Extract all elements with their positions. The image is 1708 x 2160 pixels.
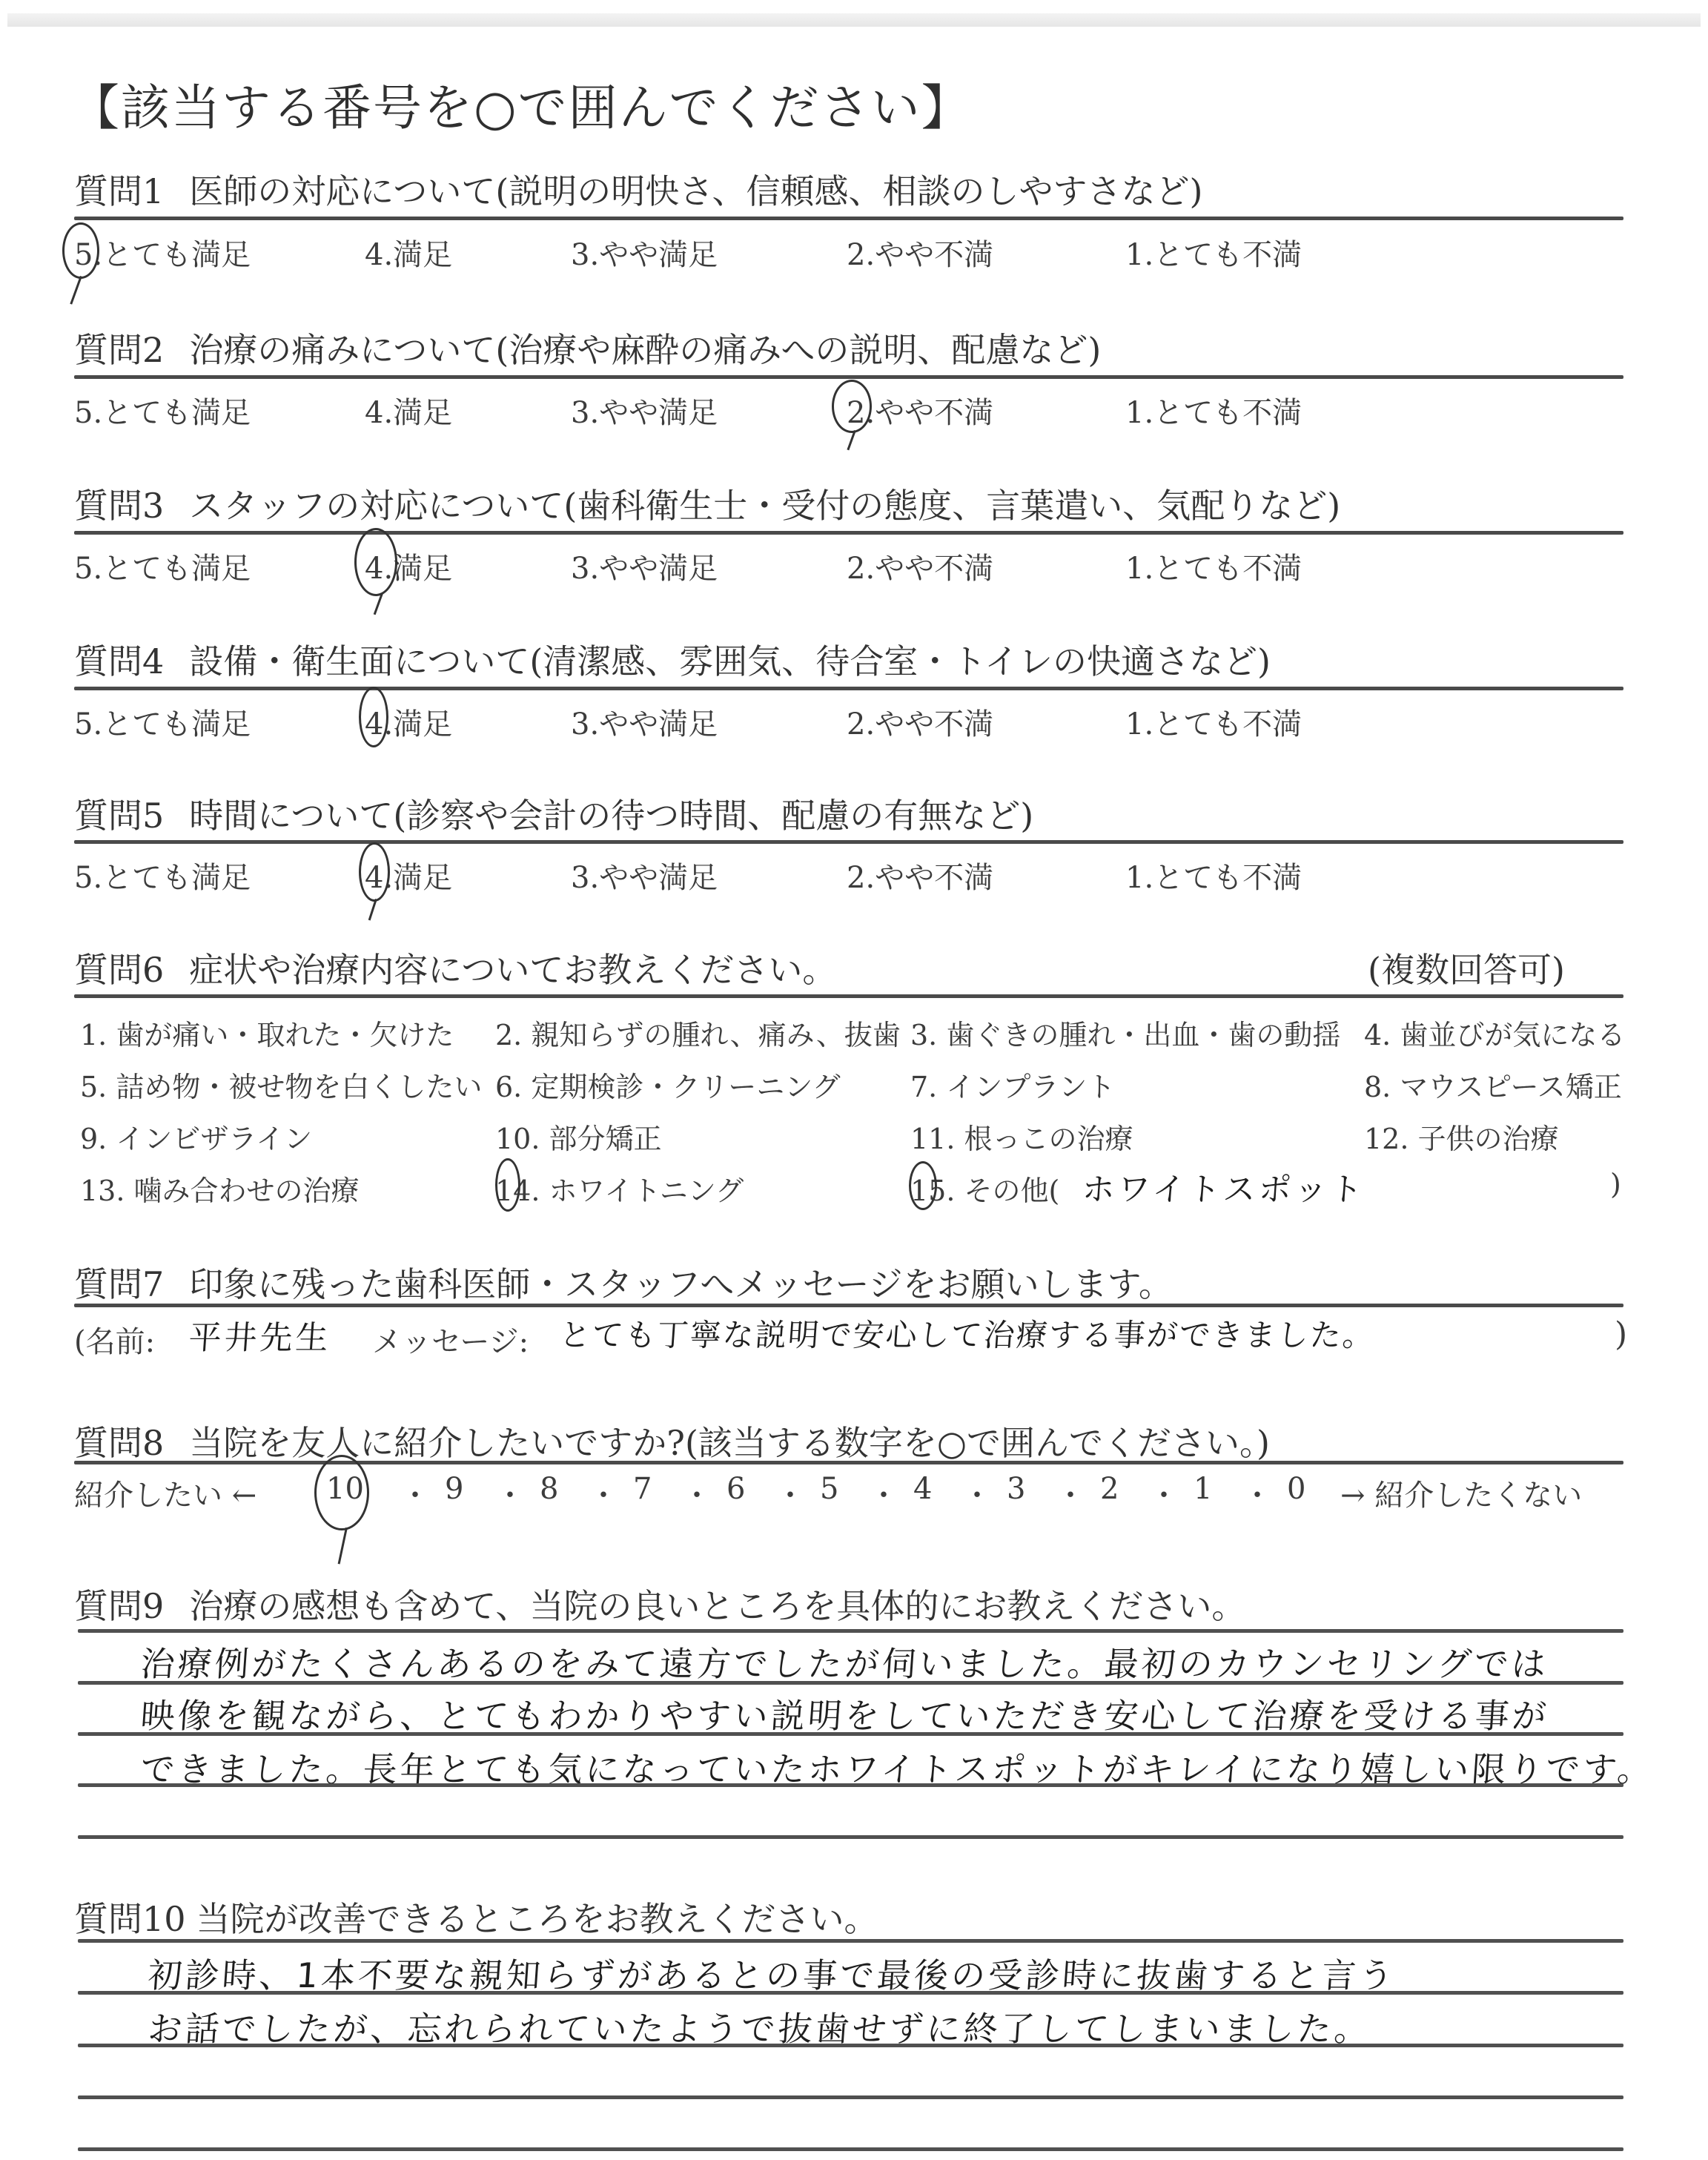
ruled-line <box>78 2095 1623 2099</box>
message-value-handwritten[interactable]: とても丁寧な説明で安心して治療する事ができました。 <box>558 1311 1377 1355</box>
symptom-option[interactable]: 1. 歯が痛い・取れた・欠けた <box>80 1012 454 1053</box>
scale-value-3[interactable]: 3 <box>1007 1472 1025 1506</box>
option-3[interactable]: 3.やや満足 <box>571 545 718 587</box>
question-5-heading: 質問5時間について(診察や会計の待つ時間、配慮の有無など) <box>74 789 1033 838</box>
question-text: 設備・衛生面について(清潔感、雰囲気、待合室・トイレの快適さなど) <box>189 641 1271 681</box>
option-5[interactable]: 5.とても満足 <box>74 545 251 587</box>
option-2[interactable]: 2.やや不満 <box>847 854 993 896</box>
symptom-option[interactable]: 14. ホワイトニング <box>495 1168 744 1209</box>
option-5[interactable]: 5.とても満足 <box>74 854 251 896</box>
scale-value-4[interactable]: 4 <box>913 1472 932 1506</box>
scale-separator: ・ <box>1056 1472 1085 1514</box>
question-text: 印象に残った歯科医師・スタッフへメッセージをお願いします。 <box>189 1264 1173 1304</box>
option-1[interactable]: 1.とても不満 <box>1125 389 1302 432</box>
selected-circle-mark <box>62 222 99 279</box>
symptom-option[interactable]: 3. 歯ぐきの腫れ・出血・歯の動揺 <box>910 1012 1340 1053</box>
question-text: 時間について(診察や会計の待つ時間、配慮の有無など) <box>189 796 1033 836</box>
scale-separator: ・ <box>962 1472 992 1514</box>
other-close-paren: ) <box>1610 1168 1621 1200</box>
name-label: (名前: <box>74 1318 155 1361</box>
answer-line-2: 映像を観ながら、とてもわかりやすい説明をしていただき安心して治療を受ける事が <box>139 1689 1552 1738</box>
symptom-option[interactable]: 11. 根っこの治療 <box>910 1116 1133 1157</box>
scale-value-8[interactable]: 8 <box>540 1472 558 1506</box>
scale-separator: ・ <box>495 1472 525 1514</box>
option-3[interactable]: 3.やや満足 <box>571 701 718 743</box>
symptom-option[interactable]: 2. 親知らずの腫れ、痛み、抜歯 <box>495 1012 901 1053</box>
scale-separator: ・ <box>775 1472 805 1514</box>
question-10-heading: 質問10当院が改善できるところをお教えください。 <box>74 1892 878 1941</box>
divider <box>74 1304 1623 1307</box>
option-4[interactable]: 4.満足 <box>365 231 452 274</box>
question-number: 質問1 <box>74 171 164 211</box>
option-2[interactable]: 2.やや不満 <box>847 701 993 743</box>
question-number: 質問8 <box>74 1423 164 1463</box>
scale-value-0[interactable]: 0 <box>1287 1472 1305 1506</box>
selected-circle-mark <box>314 1455 369 1530</box>
selected-circle-mark <box>832 380 872 433</box>
symptom-option[interactable]: 10. 部分矯正 <box>495 1116 662 1157</box>
name-value-handwritten[interactable]: 平井先生 <box>188 1311 333 1358</box>
option-5[interactable]: 5.とても満足 <box>74 231 251 274</box>
symptom-option[interactable]: 8. マウスピース矯正 <box>1364 1064 1622 1105</box>
question-text: 治療の感想も含めて、当院の良いところを具体的にお教えください。 <box>189 1586 1245 1626</box>
divider <box>74 840 1623 844</box>
circle-pen-stroke <box>368 899 377 920</box>
circle-pen-stroke <box>338 1527 348 1565</box>
option-1[interactable]: 1.とても不満 <box>1125 545 1302 587</box>
scale-value-7[interactable]: 7 <box>633 1472 652 1506</box>
scale-separator: ・ <box>869 1472 898 1514</box>
scale-separator: ・ <box>682 1472 712 1514</box>
close-paren: ) <box>1615 1315 1627 1353</box>
option-3[interactable]: 3.やや満足 <box>571 389 718 432</box>
question-3-heading: 質問3スタッフの対応について(歯科衛生士・受付の態度、言葉遣い、気配りなど) <box>74 479 1340 528</box>
scale-separator: ・ <box>400 1472 430 1514</box>
scale-value-5[interactable]: 5 <box>820 1472 838 1506</box>
question-7-heading: 質問7印象に残った歯科医師・スタッフへメッセージをお願いします。 <box>74 1258 1173 1307</box>
other-value-handwritten[interactable]: ホワイトスポット <box>1081 1163 1368 1210</box>
option-1[interactable]: 1.とても不満 <box>1125 701 1302 743</box>
scale-separator: ・ <box>589 1472 618 1514</box>
question-number: 質問5 <box>74 796 164 836</box>
question-2-heading: 質問2治療の痛みについて(治療や麻酔の痛みへの説明、配慮など) <box>74 323 1101 372</box>
scale-value-1[interactable]: 1 <box>1194 1472 1212 1506</box>
option-2[interactable]: 2.やや不満 <box>847 545 993 587</box>
divider <box>74 994 1623 998</box>
option-4[interactable]: 4.満足 <box>365 389 452 432</box>
multiple-answer-note: (複数回答可) <box>1368 943 1565 992</box>
scale-value-2[interactable]: 2 <box>1100 1472 1119 1506</box>
selected-circle-mark <box>495 1158 520 1212</box>
divider <box>74 375 1623 379</box>
option-5[interactable]: 5.とても満足 <box>74 701 251 743</box>
symptom-option[interactable]: 5. 詰め物・被せ物を白くしたい <box>80 1064 482 1105</box>
question-text: 治療の痛みについて(治療や麻酔の痛みへの説明、配慮など) <box>189 330 1101 370</box>
question-number: 質問2 <box>74 330 164 370</box>
answer-line-1: 治療例がたくさんあるのをみて遠方でしたが伺いました。最初のカウンセリングでは <box>139 1637 1551 1686</box>
selected-circle-mark <box>909 1161 937 1210</box>
question-1-heading: 質問1医師の対応について(説明の明快さ、信頼感、相談のしやすさなど) <box>74 165 1202 214</box>
divider <box>74 1461 1623 1464</box>
option-3[interactable]: 3.やや満足 <box>571 231 718 274</box>
symptom-option[interactable]: 7. インプラント <box>910 1064 1115 1105</box>
ruled-line <box>78 1732 1623 1736</box>
scale-separator: ・ <box>1242 1472 1272 1514</box>
option-3[interactable]: 3.やや満足 <box>571 854 718 896</box>
scale-value-6[interactable]: 6 <box>726 1472 745 1506</box>
ruled-line <box>78 1783 1623 1787</box>
question-text: スタッフの対応について(歯科衛生士・受付の態度、言葉遣い、気配りなど) <box>189 486 1340 526</box>
symptom-option[interactable]: 12. 子供の治療 <box>1364 1116 1559 1157</box>
ruled-line <box>78 2044 1623 2047</box>
ruled-line <box>78 1835 1623 1839</box>
divider <box>78 1629 1623 1633</box>
divider <box>74 687 1623 690</box>
option-1[interactable]: 1.とても不満 <box>1125 854 1302 896</box>
question-6-heading: 質問6症状や治療内容についてお教えください。(複数回答可) <box>74 943 1623 992</box>
ruled-line <box>78 1681 1623 1685</box>
option-5[interactable]: 5.とても満足 <box>74 389 251 432</box>
scale-left-label: 紹介したい ← <box>74 1472 256 1514</box>
question-9-heading: 質問9治療の感想も含めて、当院の良いところを具体的にお教えください。 <box>74 1579 1245 1628</box>
circle-pen-stroke <box>70 276 82 305</box>
selected-circle-mark <box>359 687 388 747</box>
scale-value-9[interactable]: 9 <box>445 1472 463 1506</box>
selected-circle-mark <box>359 842 390 902</box>
question-text: 症状や治療内容についてお教えください。 <box>189 950 836 990</box>
symptom-option[interactable]: 6. 定期検診・クリーニング <box>495 1064 841 1105</box>
question-number: 質問9 <box>74 1586 164 1626</box>
divider <box>78 1939 1623 1943</box>
divider <box>74 531 1623 535</box>
message-label: メッセージ: <box>372 1318 529 1361</box>
question-number: 質問3 <box>74 486 164 526</box>
scan-top-edge <box>7 13 1701 27</box>
question-number: 質問4 <box>74 641 164 681</box>
page-title: 【該当する番号を○で囲んでください】 <box>70 68 972 139</box>
symptom-option[interactable]: 4. 歯並びが気になる <box>1364 1012 1625 1053</box>
option-2[interactable]: 2.やや不満 <box>847 231 993 274</box>
ruled-line <box>78 2147 1623 2151</box>
question-number: 質問10 <box>74 1899 186 1939</box>
question-8-heading: 質問8当院を友人に紹介したいですか?(該当する数字を○で囲んでください。) <box>74 1416 1270 1465</box>
circle-pen-stroke <box>374 593 383 615</box>
question-4-heading: 質問4設備・衛生面について(清潔感、雰囲気、待合室・トイレの快適さなど) <box>74 635 1271 684</box>
divider <box>74 217 1623 220</box>
question-number: 質問6 <box>74 950 164 990</box>
option-1[interactable]: 1.とても不満 <box>1125 231 1302 274</box>
scale-right-label: → 紹介したくない <box>1340 1472 1582 1514</box>
question-number: 質問7 <box>74 1264 164 1304</box>
question-text: 医師の対応について(説明の明快さ、信頼感、相談のしやすさなど) <box>189 171 1202 211</box>
symptom-option[interactable]: 9. インビザライン <box>80 1116 312 1157</box>
ruled-line <box>78 1991 1623 1995</box>
selected-circle-mark <box>354 528 397 596</box>
scale-separator: ・ <box>1149 1472 1179 1514</box>
question-text: 当院が改善できるところをお教えください。 <box>196 1899 878 1939</box>
circle-pen-stroke <box>847 430 855 450</box>
symptom-option[interactable]: 13. 噛み合わせの治療 <box>80 1168 360 1209</box>
